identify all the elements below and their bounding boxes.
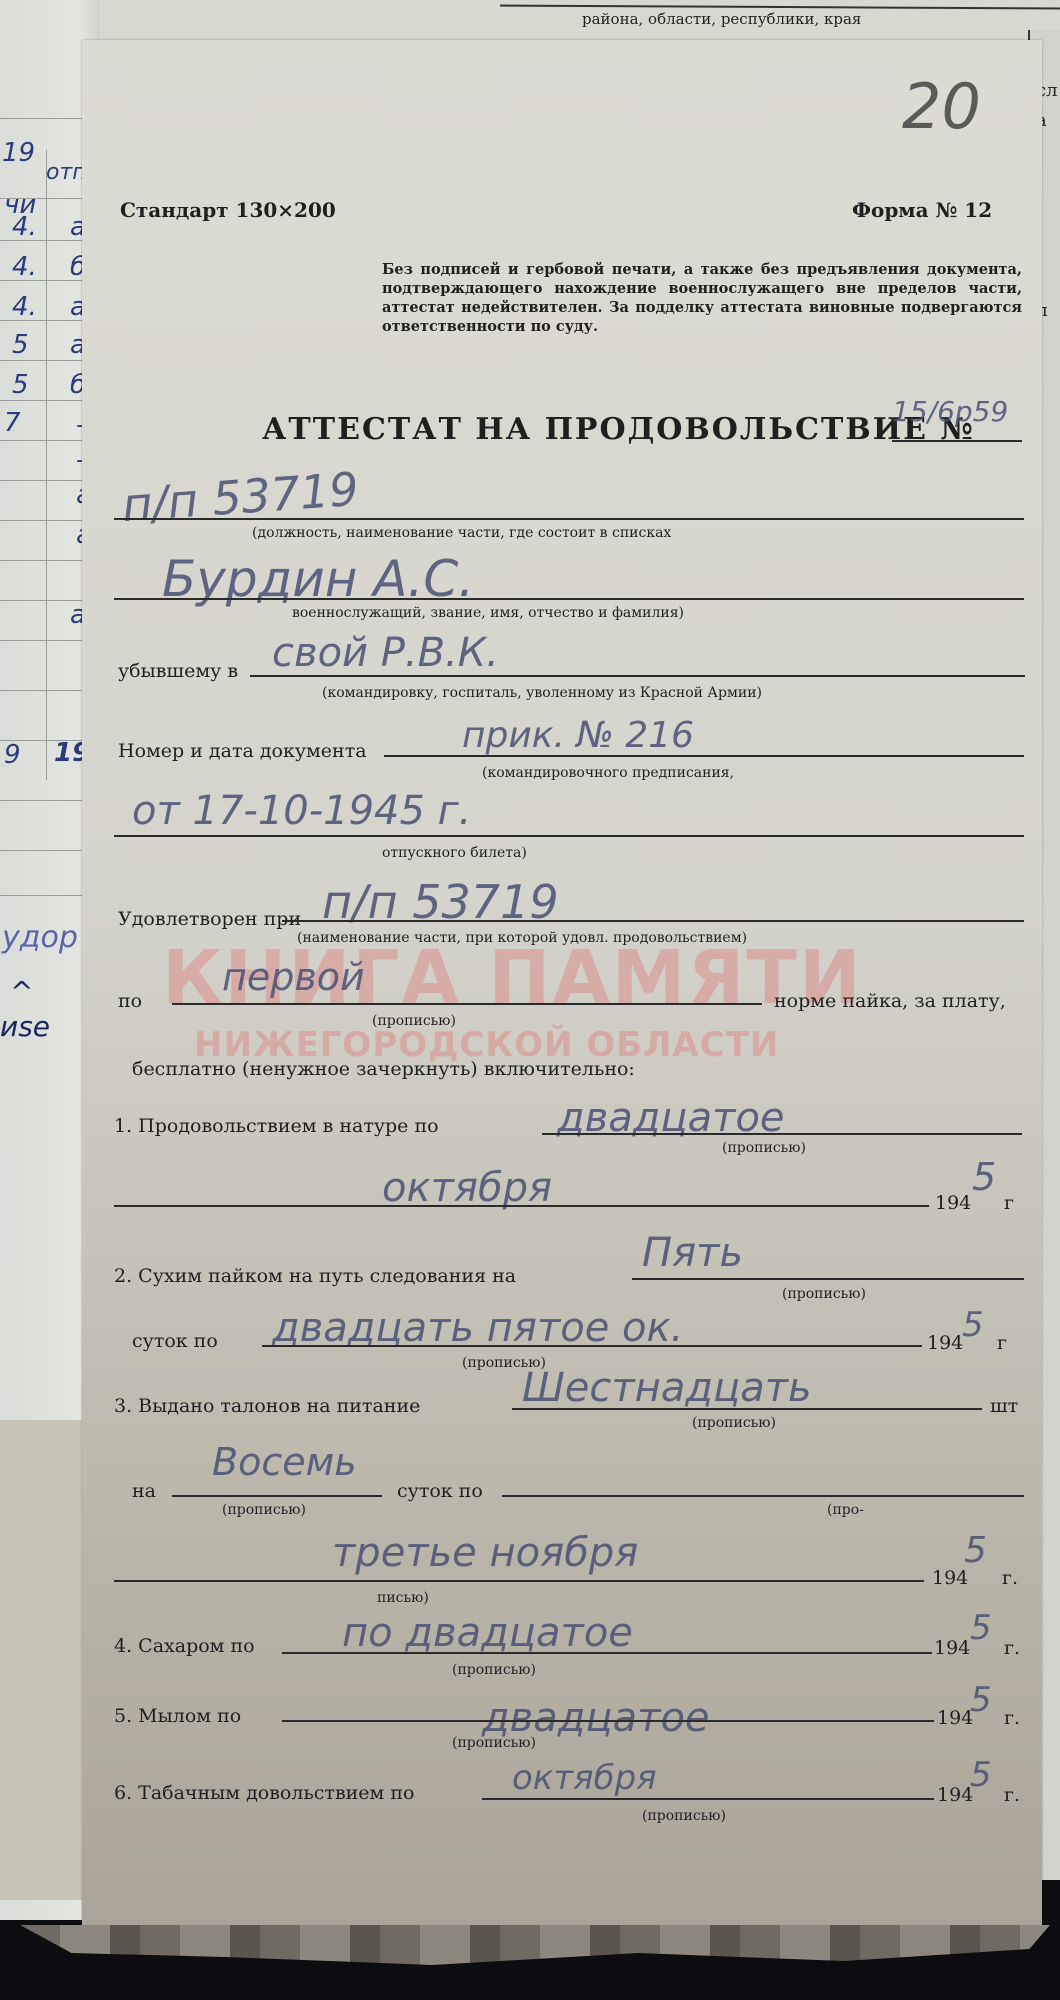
item-3c-suffix: г. bbox=[1002, 1567, 1018, 1589]
satisfied-at-label: Удовлетворен при bbox=[118, 908, 301, 930]
standard-label: Стандарт 130×200 bbox=[120, 198, 336, 222]
ledger-cell: 4. bbox=[12, 292, 37, 322]
item-1-hint: (прописью) bbox=[722, 1140, 806, 1156]
upper-page-strip: района, области, республики, края bbox=[80, 0, 1060, 40]
item-3b-hint2: (про- bbox=[827, 1502, 864, 1518]
page-number: 20 bbox=[902, 70, 981, 143]
item-3c-year: 194 bbox=[932, 1567, 968, 1589]
item-4-value: по двадцатое bbox=[342, 1610, 633, 1656]
serviceman-hint: военнослужащий, звание, имя, отчество и … bbox=[292, 605, 684, 621]
ledger-cell: 9 bbox=[4, 740, 21, 770]
item-2b-suffix: г bbox=[997, 1332, 1007, 1354]
item-6-year-hw: 5 bbox=[970, 1755, 992, 1795]
ledger-lower-page bbox=[0, 1420, 95, 1900]
unit-value: п/п 53719 bbox=[120, 462, 360, 532]
item-2-hint: (прописью) bbox=[782, 1286, 866, 1302]
document-date-hint: отпускного билета) bbox=[382, 845, 527, 861]
item-1-year: 194 bbox=[935, 1192, 971, 1214]
ledger-note: иse bbox=[0, 1010, 50, 1043]
document-label: Номер и дата документа bbox=[118, 740, 367, 762]
ledger-cell: 5 bbox=[12, 370, 29, 400]
item-3c-hint: писью) bbox=[377, 1590, 429, 1606]
departed-to-value: свой Р.В.К. bbox=[272, 630, 499, 676]
document-date-value: от 17-10-1945 г. bbox=[132, 788, 471, 834]
form-number: Форма № 12 bbox=[852, 198, 992, 222]
norm-value: первой bbox=[222, 955, 365, 999]
ledger-cell: 7 bbox=[4, 408, 21, 438]
item-1-suffix: г bbox=[1004, 1192, 1014, 1214]
item-5-suffix: г. bbox=[1004, 1707, 1020, 1729]
document-value: прик. № 216 bbox=[462, 715, 694, 756]
validity-warning: Без подписей и гербовой печати, а также … bbox=[382, 260, 1022, 336]
item-6-value: октября bbox=[512, 1758, 657, 1798]
document-hint: (командировочного предписания, bbox=[482, 765, 734, 781]
item-3-label: 3. Выдано талонов на питание bbox=[114, 1395, 420, 1417]
satisfied-at-hint: (наименование части, при которой удовл. … bbox=[297, 930, 747, 946]
ledger-cell: 5 bbox=[12, 330, 29, 360]
item-6-year: 194 bbox=[937, 1784, 973, 1806]
item-3b-label-after: суток по bbox=[397, 1480, 483, 1502]
item-6-suffix: г. bbox=[1004, 1784, 1020, 1806]
item-3-suffix: шт bbox=[990, 1395, 1018, 1417]
item-5-year: 194 bbox=[937, 1707, 973, 1729]
item-3b-label: на bbox=[132, 1480, 156, 1502]
item-2b-label: суток по bbox=[132, 1330, 218, 1352]
upper-page-caption: района, области, республики, края bbox=[582, 10, 861, 28]
item-3c-year-hw: 5 bbox=[964, 1530, 987, 1571]
item-5-label: 5. Мылом по bbox=[114, 1705, 241, 1727]
item-3-hint: (прописью) bbox=[692, 1415, 776, 1431]
item-3-value: Шестнадцать bbox=[522, 1365, 812, 1411]
ledger-header-col: отп bbox=[46, 160, 87, 185]
item-3b-hint: (прописью) bbox=[222, 1502, 306, 1518]
item-2b-year: 194 bbox=[927, 1332, 963, 1354]
item-4-label: 4. Сахаром по bbox=[114, 1635, 255, 1657]
ledger-cell: 4. bbox=[12, 252, 37, 282]
item-2-label: 2. Сухим пайком на путь следования на bbox=[114, 1265, 516, 1287]
item-5-year-hw: 5 bbox=[970, 1680, 992, 1720]
item-1-label: 1. Продовольствием в натуре по bbox=[114, 1115, 439, 1137]
ration-certificate-form: 20 Стандарт 130×200 Форма № 12 Без подпи… bbox=[82, 40, 1042, 1930]
frayed-paper-edge bbox=[20, 1925, 1050, 1965]
ledger-cell: 4. bbox=[12, 212, 37, 242]
departed-to-label: убывшему в bbox=[118, 660, 238, 682]
norm-label-before: по bbox=[118, 990, 142, 1012]
item-2-value: Пять bbox=[642, 1230, 743, 1276]
item-6-label: 6. Табачным довольствием по bbox=[114, 1782, 414, 1804]
norm-label-after: норме пайка, за плату, bbox=[774, 990, 1006, 1012]
item-4-year-hw: 5 bbox=[970, 1608, 992, 1648]
item-4-suffix: г. bbox=[1004, 1637, 1020, 1659]
item-4-year: 194 bbox=[934, 1637, 970, 1659]
unit-hint: (должность, наименование части, где сост… bbox=[252, 525, 671, 541]
item-4-hint: (прописью) bbox=[452, 1662, 536, 1678]
item-1-year-hw: 5 bbox=[972, 1155, 996, 1199]
ledger-note: ^ bbox=[10, 975, 33, 1008]
item-2b-year-hw: 5 bbox=[962, 1305, 984, 1345]
item-6-hint: (прописью) bbox=[642, 1808, 726, 1824]
ledger-header-year: 19 bbox=[2, 138, 35, 168]
item-3b-value: Восемь bbox=[212, 1440, 357, 1484]
ledger-note: удор bbox=[2, 920, 78, 955]
item-3c-value: третье ноября bbox=[332, 1530, 638, 1576]
divider bbox=[500, 5, 1060, 10]
certificate-number: 15/6р59 bbox=[892, 395, 1008, 428]
norm-hint: (прописью) bbox=[372, 1013, 456, 1029]
certificate-title: АТТЕСТАТ НА ПРОДОВОЛЬСТВИЕ № bbox=[262, 412, 975, 447]
departed-to-hint: (командировку, госпиталь, уволенному из … bbox=[322, 685, 762, 701]
free-line: бесплатно (ненужное зачеркнуть) включите… bbox=[132, 1058, 635, 1080]
item-5-hint: (прописью) bbox=[452, 1735, 536, 1751]
